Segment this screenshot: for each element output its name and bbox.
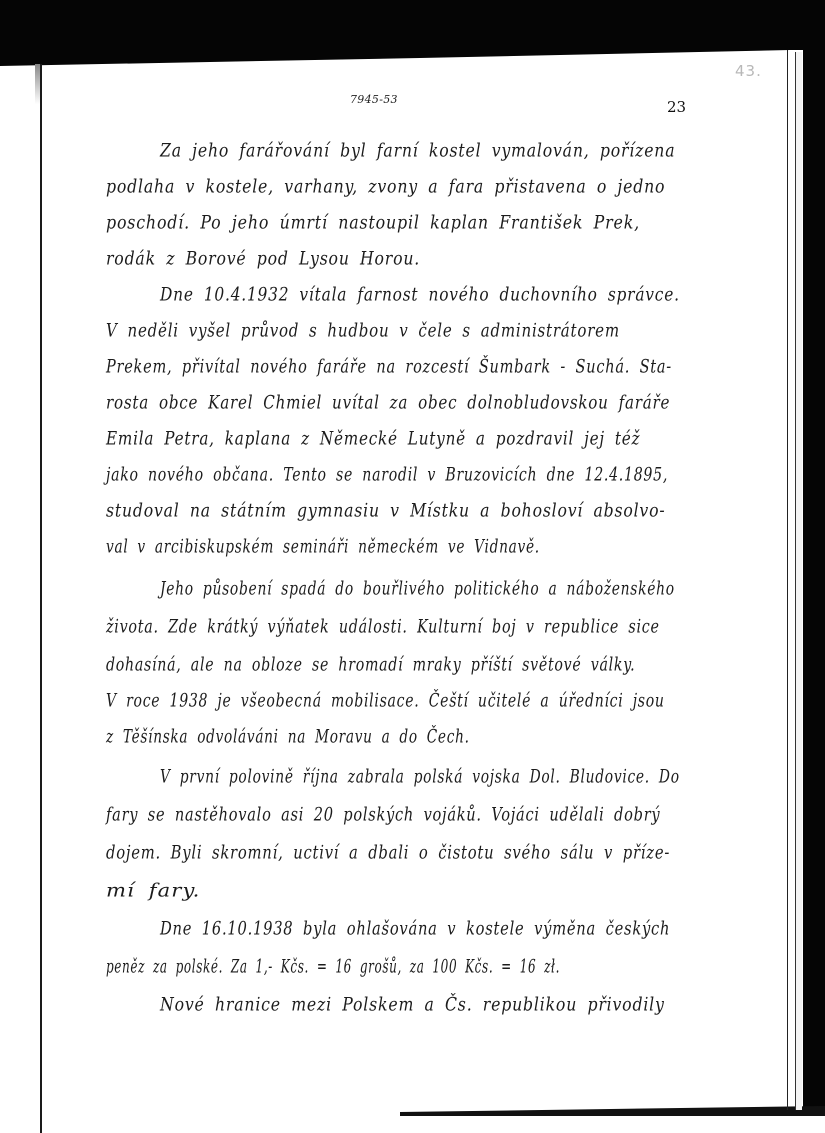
year-range-header: 7945-53 xyxy=(350,93,398,106)
scanner-background-right xyxy=(803,0,825,1133)
page-edge-outer xyxy=(795,52,796,1110)
text-line: života. Zde krátký výňatek události. Kul… xyxy=(106,616,660,638)
text-line: Nové hranice mezi Polskem a Čs. republik… xyxy=(160,994,665,1016)
text-line: Jeho působení spadá do bouřlivého politi… xyxy=(160,578,675,600)
text-line: mí fary. xyxy=(106,880,200,902)
text-line: z Těšínska odvoláváni na Moravu a do Čec… xyxy=(106,726,470,748)
text-line: fary se nastěhovalo asi 20 polských vojá… xyxy=(106,804,660,826)
text-line: studoval na státním gymnasiu v Místku a … xyxy=(106,500,665,522)
text-line: dohasíná, ale na obloze se hromadí mraky… xyxy=(106,654,635,676)
text-line: V roce 1938 je všeobecná mobilisace. Češ… xyxy=(106,690,665,712)
text-line: V první polovině října zabrala polská vo… xyxy=(160,766,680,788)
text-line: Za jeho farářování byl farní kostel vyma… xyxy=(160,140,675,162)
text-line: Dne 10.4.1932 vítala farnost nového duch… xyxy=(160,284,680,306)
page-edge-gap xyxy=(796,52,802,1110)
text-line: poschodí. Po jeho úmrtí nastoupil kaplan… xyxy=(106,212,640,234)
archive-folio-number: 43. xyxy=(735,62,762,80)
text-line: Prekem, přivítal nového faráře na rozces… xyxy=(106,356,672,378)
bottom-margin xyxy=(0,1116,825,1133)
book-binding-line xyxy=(40,64,42,1133)
page-number: 23 xyxy=(667,98,686,116)
text-line: rodák z Borové pod Lysou Horou. xyxy=(106,248,420,270)
scanner-background-top xyxy=(0,0,825,66)
page-edge-inner xyxy=(787,50,788,1110)
scanner-background-bottom xyxy=(400,1106,825,1116)
text-line: rosta obce Karel Chmiel uvítal za obec d… xyxy=(106,392,670,414)
text-line: V neděli vyšel průvod s hudbou v čele s … xyxy=(106,320,620,342)
text-line: Emila Petra, kaplana z Německé Lutyně a … xyxy=(106,428,640,450)
text-line: peněz za polské. Za 1,- Kčs. = 16 grošů,… xyxy=(106,956,560,978)
scanned-page: 7945-53 23 43. Za jeho farářování byl fa… xyxy=(0,0,825,1133)
text-line: val v arcibiskupském semináři německém v… xyxy=(106,536,540,558)
text-line: podlaha v kostele, varhany, zvony a fara… xyxy=(106,176,665,198)
text-line: dojem. Byli skromní, uctiví a dbali o či… xyxy=(106,842,670,864)
text-line: Dne 16.10.1938 byla ohlašována v kostele… xyxy=(160,918,670,940)
text-line: jako nového občana. Tento se narodil v B… xyxy=(106,464,668,486)
